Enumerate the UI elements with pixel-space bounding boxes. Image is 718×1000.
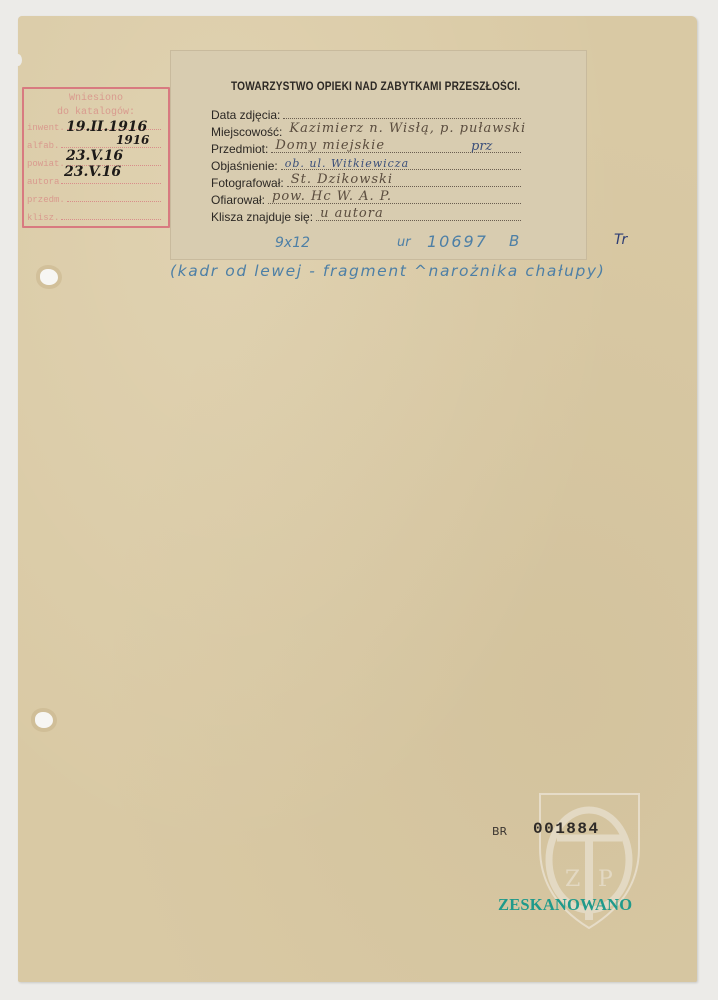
- stamp-row-klisz: klisz.: [27, 209, 161, 223]
- br-label: BR: [492, 825, 507, 838]
- svg-text:Z: Z: [565, 867, 580, 892]
- stamp-subheading: do katalogów:: [24, 107, 168, 118]
- svg-text:P: P: [598, 867, 613, 892]
- stamp-row-przedm: przedm.: [27, 191, 161, 205]
- size-note: 9x12: [275, 235, 310, 251]
- negative-suffix: B: [509, 232, 519, 250]
- punch-hole-top: [40, 269, 58, 285]
- negative-number: 10697: [427, 232, 488, 251]
- stamp-date-powiat: 23.V.16: [66, 148, 123, 164]
- edge-notch: [14, 54, 22, 66]
- negative-prefix: ur: [397, 235, 411, 250]
- society-title: TOWARZYSTWO OPIEKI NAD ZABYTKAMI PRZESZŁ…: [231, 81, 520, 93]
- stamp-date-alfab: 1916: [116, 133, 149, 147]
- label-card: TOWARZYSTWO OPIEKI NAD ZABYTKAMI PRZESZŁ…: [170, 50, 587, 260]
- annotation-mark: Tr: [614, 232, 627, 248]
- inventory-number: 001884: [533, 820, 600, 838]
- pencil-note-prz: prz: [471, 139, 492, 154]
- stamp-date-autora: 23.V.16: [64, 164, 121, 180]
- field-location: Miejscowość: Kazimierz n. Wisłą, p. puła…: [211, 125, 601, 142]
- field-negative-location: Klisza znajduje się: u autora: [211, 210, 521, 227]
- stamp-heading: Wniesiono: [24, 93, 168, 104]
- scanned-stamp: ZESKANOWANO: [498, 895, 632, 915]
- framing-note: (kadr od lewej - fragment ^narożnika cha…: [170, 262, 605, 280]
- catalog-stamp: Wniesiono do katalogów: inwent. alfab. p…: [22, 87, 170, 228]
- punch-hole-bottom: [35, 712, 53, 728]
